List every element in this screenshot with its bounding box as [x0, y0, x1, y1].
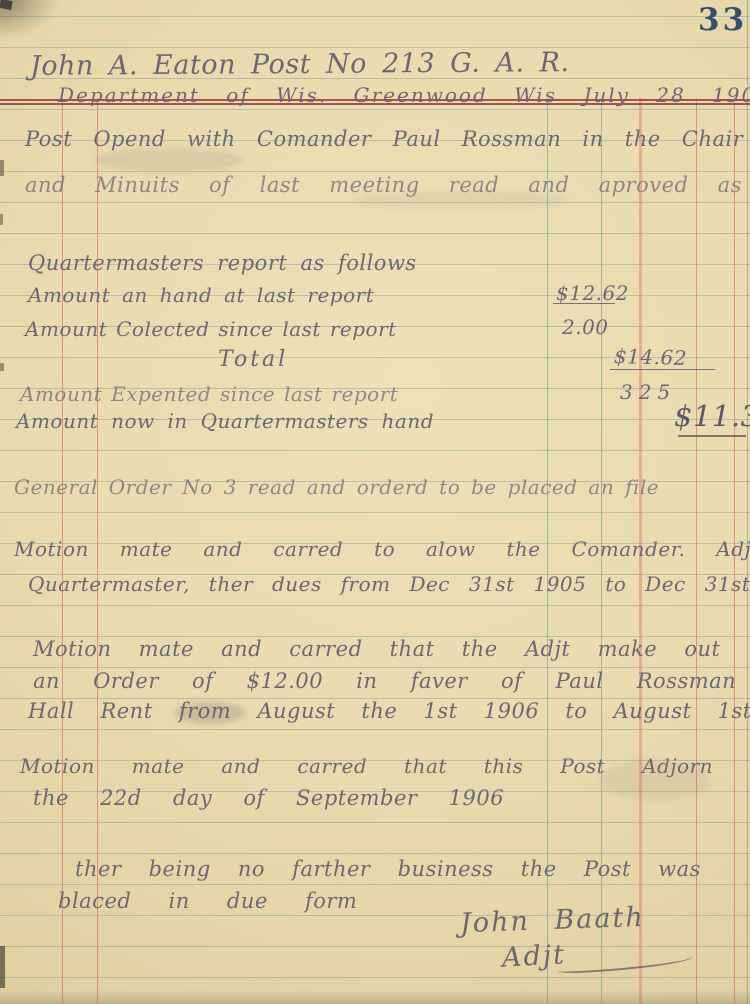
report-row-amount: $14.62 — [614, 345, 688, 369]
page-edge-line — [747, 0, 748, 1004]
report-row-label: Amount Expented since last report — [20, 383, 398, 405]
scan-artifact — [0, 160, 4, 176]
scan-artifact — [0, 946, 5, 988]
entry-motion-rent-2: an Order of $12.00 in faver of Paul Ross… — [33, 670, 750, 693]
entry-motion-rent-3: Hall Rent from August the 1st 1906 to Au… — [28, 700, 750, 723]
signature-title: Adjt — [501, 940, 566, 973]
entry-general-order: General Order No 3 read and orderd to be… — [14, 476, 659, 498]
entry-motion-dues-1: Motion mate and carred to alow the Coman… — [14, 538, 750, 560]
signature-name: John Baath — [460, 903, 646, 939]
header-department-date: Department of Wis. Greenwood Wis July 28… — [58, 84, 750, 106]
report-title: Quartermasters report as follows — [28, 252, 417, 275]
entry-closing-1: ther being no farther business the Post … — [75, 858, 701, 881]
report-row-amount: $11.37 — [674, 401, 750, 433]
report-row-label: Total — [218, 348, 288, 372]
report-row-label: Amount an hand at last report — [28, 284, 374, 306]
report-row-amount: 2.00 — [562, 316, 609, 338]
entry-opening: Post Opend with Comander Paul Rossman in… — [25, 128, 743, 151]
scan-artifact — [175, 702, 245, 724]
entry-motion-adjourn-2: the 22d day of September 1906 — [33, 787, 504, 810]
report-row-amount: $12.62 — [556, 282, 629, 304]
header-post-title: John A. Eaton Post No 213 G. A. R. — [30, 48, 570, 81]
scan-artifact — [0, 214, 3, 225]
amount-underline — [553, 303, 615, 304]
report-row-label: Amount Colected since last report — [25, 318, 397, 340]
scan-artifact — [600, 760, 710, 800]
amount-underline — [610, 369, 715, 370]
scan-artifact — [0, 990, 750, 1004]
page-number: 33 — [698, 2, 747, 38]
entry-motion-rent-1: Motion mate and carred that the Adjt mak… — [33, 638, 720, 661]
ledger-page: 33 John A. Eaton Post No 213 G. A. R. De… — [0, 0, 750, 1004]
report-row-label: Amount now in Quartermasters hand — [16, 410, 434, 432]
scan-artifact — [0, 363, 4, 371]
report-row-amount: 325 — [620, 381, 676, 403]
scan-artifact — [350, 190, 570, 210]
scan-artifact — [95, 148, 245, 172]
entry-closing-2: blaced in due form — [58, 890, 357, 913]
amount-underline — [678, 435, 746, 437]
entry-motion-dues-2: Quartermaster, ther dues from Dec 31st 1… — [28, 573, 750, 595]
